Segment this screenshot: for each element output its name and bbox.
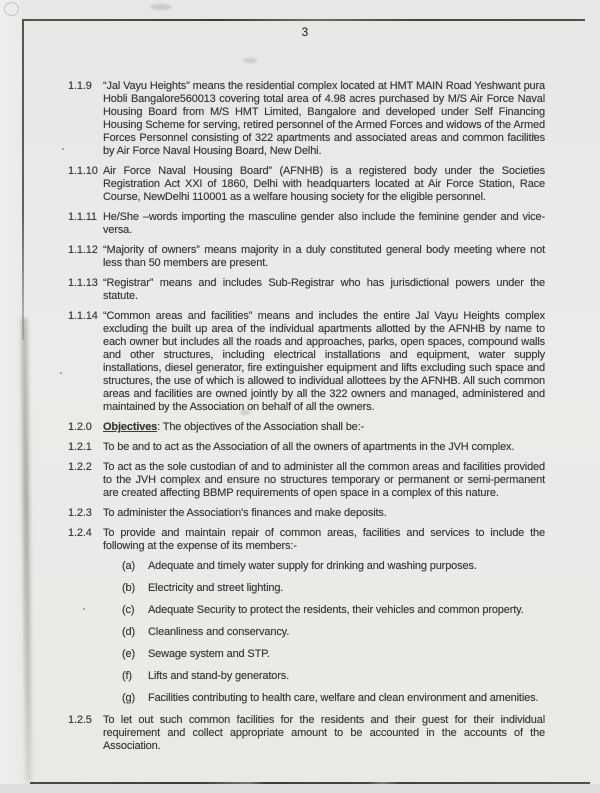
scanned-document-page: { "page_number": "3", "paragraphs": [ {"… [0,0,600,793]
clause-item: 1.2.4 To provide and maintain repair of … [68,527,545,553]
clause-number: 1.2.1 [68,441,92,454]
scan-smudge [150,4,172,10]
clause-number: 1.2.2 [68,461,92,474]
clause-number: 1.1.10 [68,165,98,178]
page-number: 3 [290,27,320,39]
clause-number: 1.1.11 [68,211,97,224]
list-item-text: Lifts and stand-by generators. [148,670,289,682]
clause-number: 1.2.5 [68,714,92,727]
clause-number: 1.2.0 [68,421,92,434]
clause-text: : The objectives of the Association shal… [157,421,364,433]
list-item-text: Facilities contributing to health care, … [148,692,538,704]
clause-item: 1.1.9 “Jal Vayu Heights” means the resid… [68,80,545,158]
scan-smudge [240,410,250,415]
page-left-border [22,20,24,340]
clause-item: 1.2.5 To let out such common facilities … [68,714,545,753]
clause-item: 1.2.2 To act as the sole custodian of an… [68,461,545,500]
list-item-text: Adequate Security to protect the residen… [148,604,524,616]
list-item-text: Cleanliness and conservancy. [148,626,289,638]
subitem-list: (a) Adequate and timely water supply for… [68,560,545,705]
list-item-label: (f) [122,670,132,683]
list-item: (g) Facilities contributing to health ca… [68,692,545,705]
document-body: 1.1.9 “Jal Vayu Heights” means the resid… [68,80,545,760]
list-item-text: Adequate and timely water supply for dri… [148,560,477,572]
clause-text: Air Force Naval Housing Board” (AFNHB) i… [103,165,545,203]
clause-number: 1.2.3 [68,507,92,520]
clause-text: To provide and maintain repair of common… [103,527,545,552]
list-item: (d) Cleanliness and conservancy. [68,626,545,639]
clause-text: He/She –words importing the masculine ge… [103,211,545,236]
scan-speck [60,372,62,374]
clause-text: To be and to act as the Association of a… [103,441,514,453]
list-item-label: (a) [122,560,135,573]
scan-speck [533,134,535,137]
scan-edge-shadow [22,318,31,782]
clause-item: 1.1.13 “Registrar” means and includes Su… [68,277,545,303]
list-item: (a) Adequate and timely water supply for… [68,560,545,573]
clause-text: “Common areas and facilities” means and … [103,310,545,413]
list-item-label: (e) [122,648,135,661]
clause-text: To act as the sole custodian of and to a… [103,461,545,499]
list-item-label: (b) [122,582,135,595]
clause-number: 1.1.13 [68,277,98,290]
scan-smudge [243,58,257,63]
list-item: (e) Sewage system and STP. [68,648,545,661]
clause-text: To let out such common facilities for th… [103,714,545,752]
clause-text: To administer the Association's finances… [103,507,387,519]
list-item: (f) Lifts and stand-by generators. [68,670,545,683]
scan-left-margin [0,0,21,793]
clause-number: 1.2.4 [68,527,92,540]
list-item-text: Sewage system and STP. [148,648,270,660]
clause-text: “Registrar” means and includes Sub-Regis… [103,277,545,302]
list-item-label: (g) [122,692,135,705]
scan-footer-shade [0,784,600,793]
scan-corner-mark [4,2,19,16]
clause-item: 1.2.1 To be and to act as the Associatio… [68,441,545,454]
clause-text: “Jal Vayu Heights” means the residential… [103,80,545,157]
list-item-label: (d) [122,626,135,639]
clause-item: 1.1.11 He/She –words importing the mascu… [68,211,545,237]
clause-number: 1.1.9 [68,80,92,93]
top-rule [22,19,585,21]
clause-number: 1.1.12 [68,244,98,257]
scan-speck [62,148,64,150]
list-item: (c) Adequate Security to protect the res… [68,604,545,617]
clause-item: 1.1.14 “Common areas and facilities” mea… [68,310,545,414]
objectives-heading: Objectives [103,421,157,433]
clause-text: “Majority of owners” means majority in a… [103,244,545,269]
list-item: (b) Electricity and street lighting. [68,582,545,595]
list-item-text: Electricity and street lighting. [148,582,283,594]
clause-item-objectives: 1.2.0 Objectives: The objectives of the … [68,421,545,434]
clause-item: 1.1.10 Air Force Naval Housing Board” (A… [68,165,545,204]
list-item-label: (c) [122,604,134,617]
clause-item: 1.1.12 “Majority of owners” means majori… [68,244,545,270]
scan-speck [83,608,85,610]
clause-number: 1.1.14 [68,310,98,323]
clause-item: 1.2.3 To administer the Association's fi… [68,507,545,520]
